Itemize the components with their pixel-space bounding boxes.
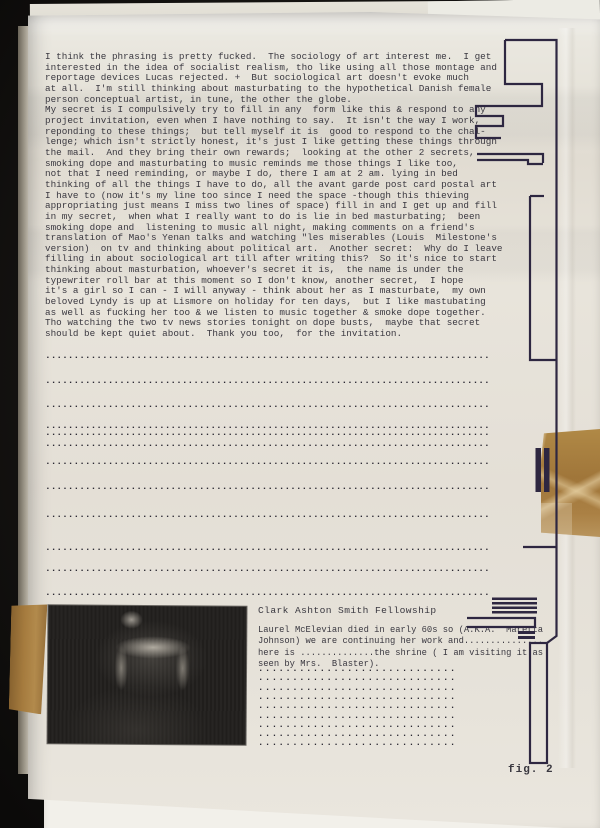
tape-right — [541, 429, 600, 537]
dot-row: ........................................… — [45, 400, 490, 410]
dot-row: ........................................… — [45, 588, 490, 598]
dot-row: ........................................… — [45, 482, 490, 492]
photographed-document-scene: I think the phrasing is pretty fucked. T… — [0, 0, 600, 828]
fellowship-heading: Clark Ashton Smith Fellowship — [258, 605, 437, 616]
main-typed-text: I think the phrasing is pretty fucked. T… — [45, 52, 502, 340]
paper-crease — [558, 28, 576, 768]
dot-block-row: ............................. — [258, 739, 457, 748]
dot-row: ........................................… — [45, 428, 490, 438]
halftone-shrine-photo — [48, 605, 247, 744]
dot-row: ........................................… — [45, 457, 490, 467]
dot-row: ........................................… — [45, 564, 490, 574]
figure-label: fig. 2 — [508, 764, 554, 776]
dot-row: ........................................… — [45, 351, 490, 361]
dot-block-row: ............................. — [258, 674, 457, 683]
dot-row: ........................................… — [45, 510, 490, 520]
dot-row: ........................................… — [45, 439, 490, 449]
tape-left — [9, 604, 48, 715]
dot-block-row: ............................. — [258, 702, 457, 711]
dot-row: ........................................… — [45, 543, 490, 553]
dot-row: ........................................… — [45, 376, 490, 386]
